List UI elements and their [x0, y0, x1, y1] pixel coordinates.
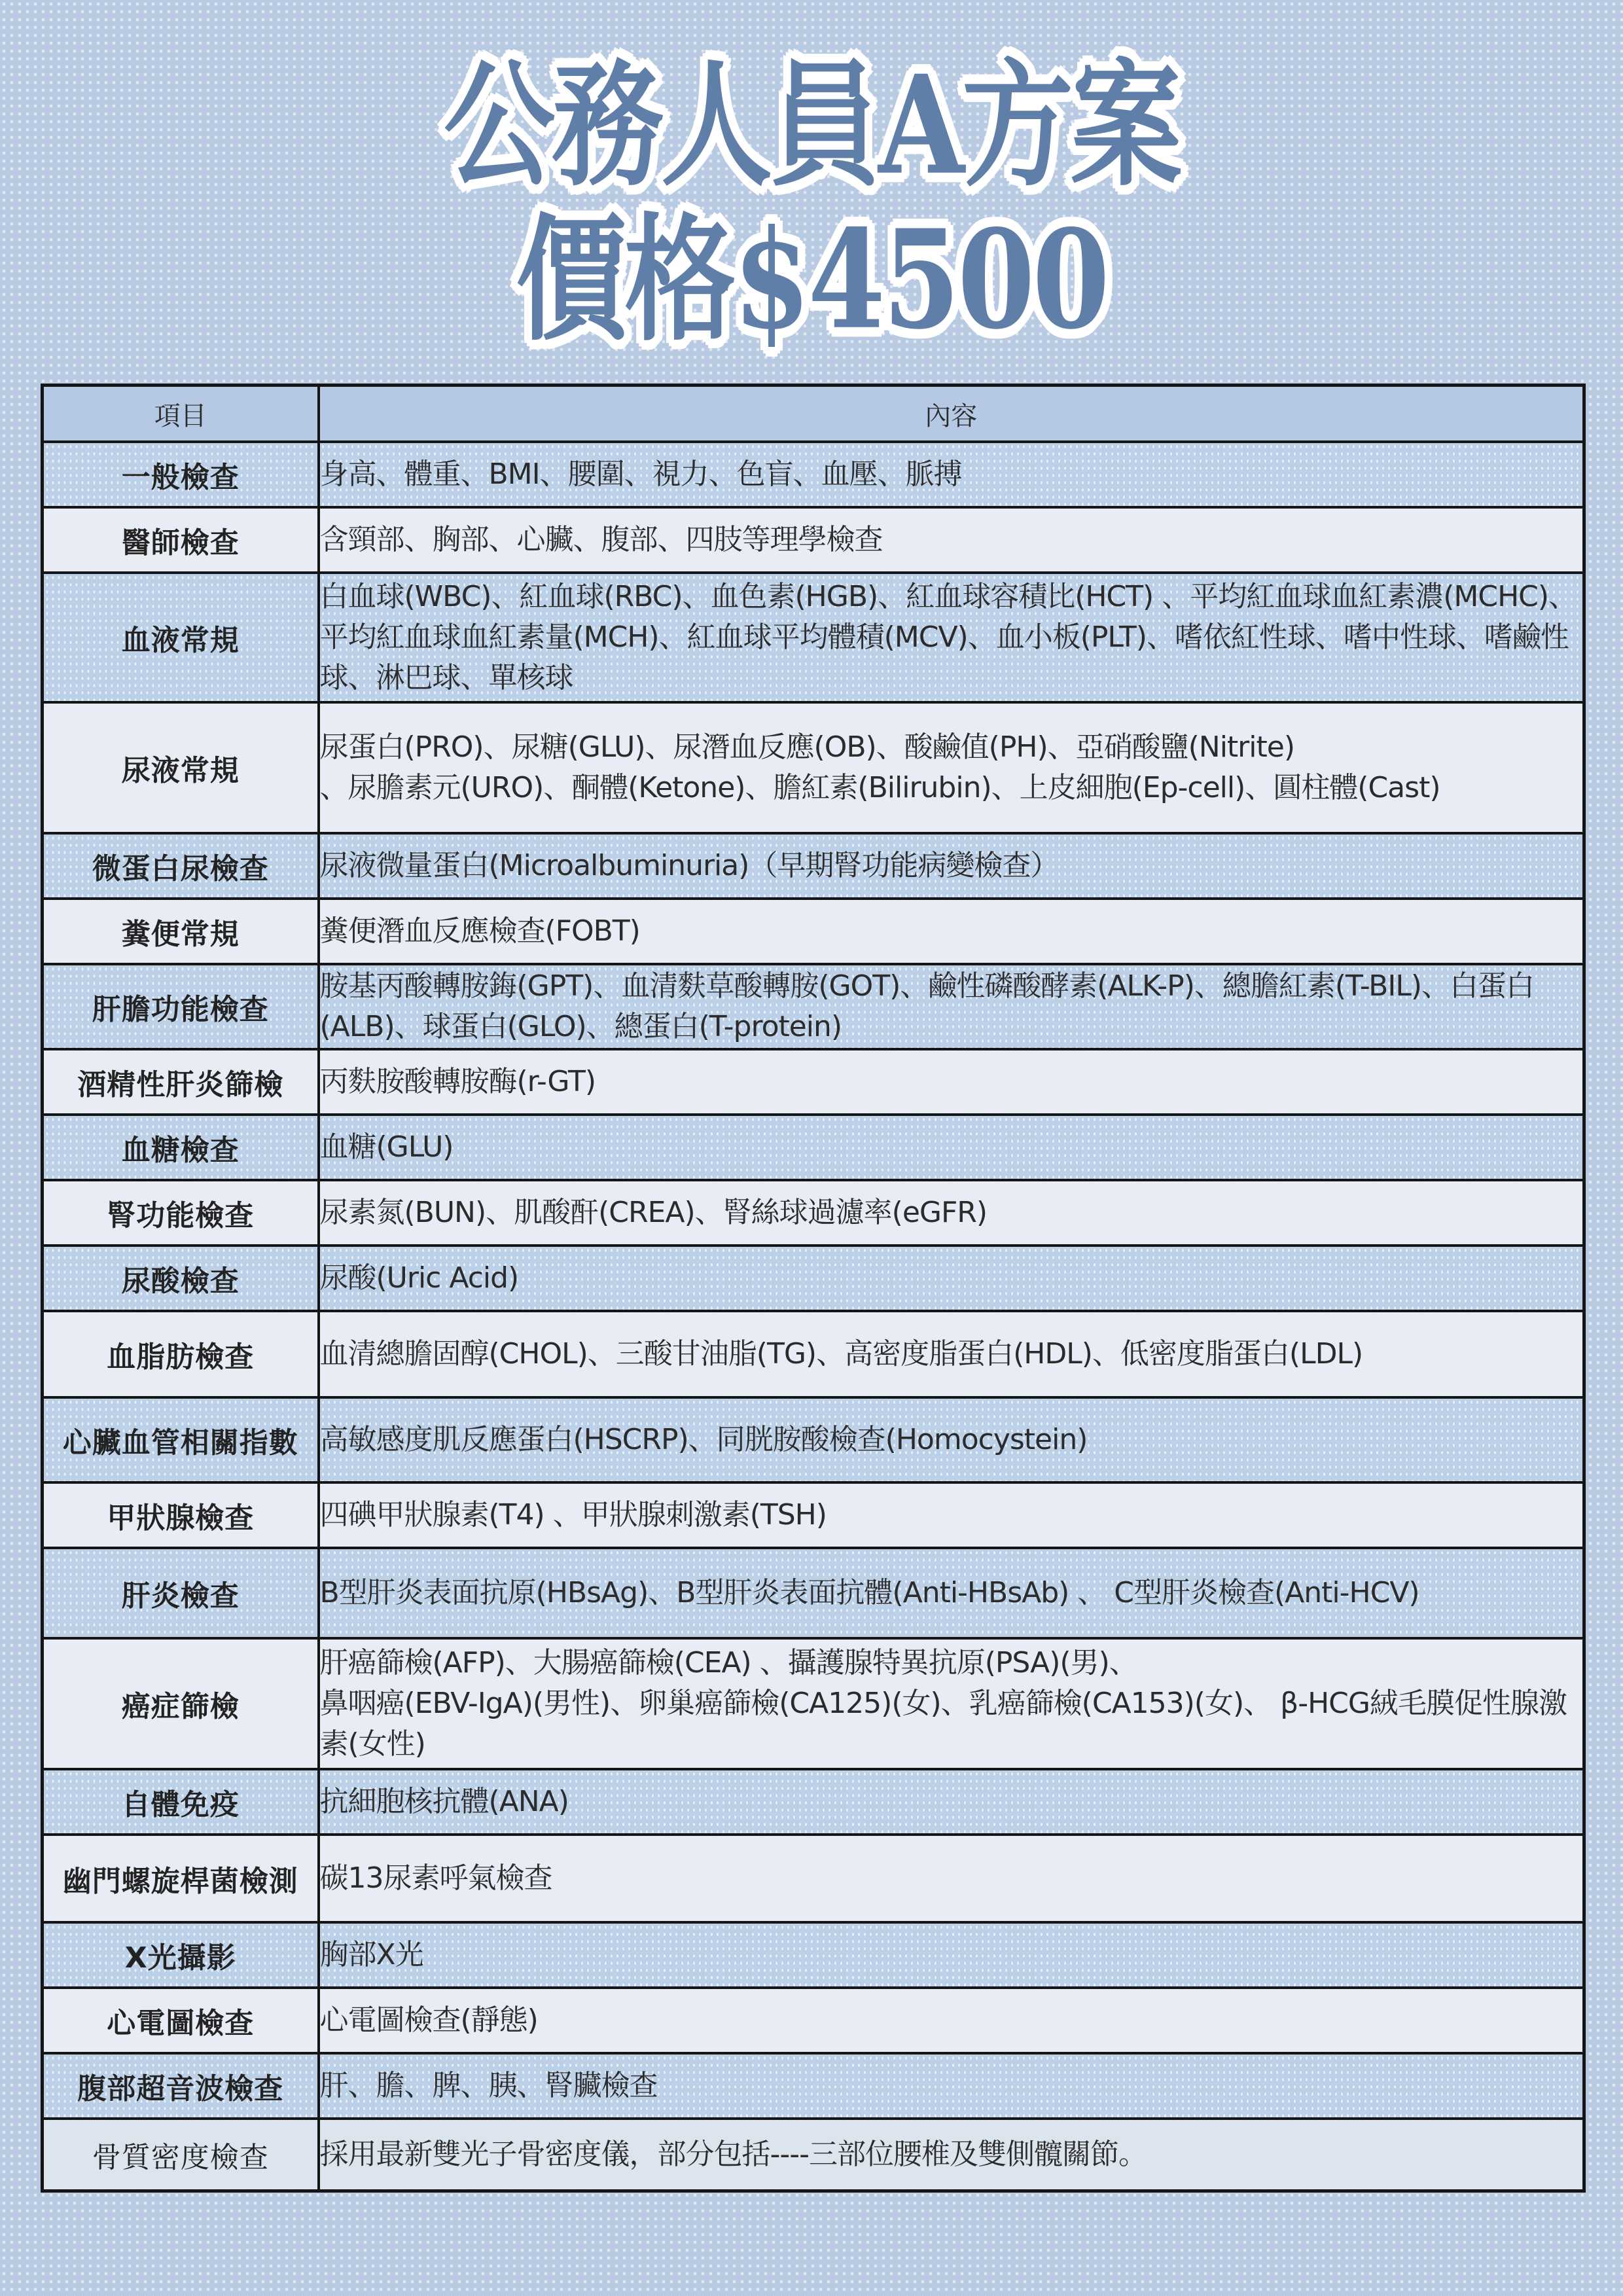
- table-row: 幽門螺旋桿菌檢測碳13尿素呼氣檢查: [43, 1835, 1584, 1922]
- table-row: 心電圖檢查心電圖檢查(靜態): [43, 1988, 1584, 2053]
- exam-item-name: 血脂肪檢查: [43, 1311, 319, 1397]
- exam-item-name: 骨質密度檢查: [43, 2119, 319, 2191]
- exam-item-name: X光攝影: [43, 1922, 319, 1988]
- exam-item-content: 血糖(GLU): [319, 1115, 1584, 1180]
- exam-item-name: 腹部超音波檢查: [43, 2053, 319, 2119]
- exam-item-content: 高敏感度肌反應蛋白(HSCRP)、同胱胺酸檢查(Homocystein): [319, 1397, 1584, 1482]
- table-row: 血糖檢查血糖(GLU): [43, 1115, 1584, 1180]
- exam-item-name: 肝膽功能檢查: [43, 964, 319, 1049]
- exam-item-content: 胺基丙酸轉胺鋂(GPT)、血清麩草酸轉胺(GOT)、鹼性磷酸酵素(ALK-P)、…: [319, 964, 1584, 1049]
- plan-price: 價格$4500: [0, 208, 1623, 352]
- table-body: 一般檢查身高、體重、BMI、腰圍、視力、色盲、血壓、脈搏醫師檢查含頸部、胸部、心…: [43, 442, 1584, 2191]
- table-row: 自體免疫抗細胞核抗體(ANA): [43, 1769, 1584, 1835]
- header-item: 項目: [43, 386, 319, 442]
- exam-item-name: 血糖檢查: [43, 1115, 319, 1180]
- exam-items-table: 項目 內容 一般檢查身高、體重、BMI、腰圍、視力、色盲、血壓、脈搏醫師檢查含頸…: [41, 384, 1586, 2193]
- exam-item-content: 碳13尿素呼氣檢查: [319, 1835, 1584, 1922]
- exam-item-name: 甲狀腺檢查: [43, 1482, 319, 1548]
- exam-item-content: 含頸部、胸部、心臟、腹部、四肢等理學檢查: [319, 507, 1584, 573]
- exam-item-content: 尿液微量蛋白(Microalbuminuria)（早期腎功能病變檢查）: [319, 833, 1584, 899]
- exam-item-content: 胸部X光: [319, 1922, 1584, 1988]
- exam-item-name: 尿酸檢查: [43, 1246, 319, 1311]
- table-row: 肝膽功能檢查胺基丙酸轉胺鋂(GPT)、血清麩草酸轉胺(GOT)、鹼性磷酸酵素(A…: [43, 964, 1584, 1049]
- exam-item-content: 丙麩胺酸轉胺酶(r-GT): [319, 1049, 1584, 1115]
- exam-item-name: 醫師檢查: [43, 507, 319, 573]
- table-row: 癌症篩檢肝癌篩檢(AFP)、大腸癌篩檢(CEA) 、攝護腺特異抗原(PSA)(男…: [43, 1638, 1584, 1769]
- exam-item-name: 心臟血管相關指數: [43, 1397, 319, 1482]
- table-row: 尿液常規尿蛋白(PRO)、尿糖(GLU)、尿潛血反應(OB)、酸鹼值(PH)、亞…: [43, 702, 1584, 833]
- exam-item-content: 四碘甲狀腺素(T4) 、甲狀腺刺激素(TSH): [319, 1482, 1584, 1548]
- exam-item-content: 採用最新雙光子骨密度儀，部分包括----三部位腰椎及雙側髖關節。: [319, 2119, 1584, 2191]
- exam-item-name: 幽門螺旋桿菌檢測: [43, 1835, 319, 1922]
- exam-item-name: 酒精性肝炎篩檢: [43, 1049, 319, 1115]
- exam-item-content: 白血球(WBC)、紅血球(RBC)、血色素(HGB)、紅血球容積比(HCT) 、…: [319, 573, 1584, 702]
- exam-item-name: 尿液常規: [43, 702, 319, 833]
- exam-item-name: 一般檢查: [43, 442, 319, 507]
- table-row: 骨質密度檢查採用最新雙光子骨密度儀，部分包括----三部位腰椎及雙側髖關節。: [43, 2119, 1584, 2191]
- table-row: 甲狀腺檢查四碘甲狀腺素(T4) 、甲狀腺刺激素(TSH): [43, 1482, 1584, 1548]
- exam-item-content: 抗細胞核抗體(ANA): [319, 1769, 1584, 1835]
- table-row: 血脂肪檢查血清總膽固醇(CHOL)、三酸甘油脂(TG)、高密度脂蛋白(HDL)、…: [43, 1311, 1584, 1397]
- exam-item-name: 肝炎檢查: [43, 1548, 319, 1638]
- table-row: 血液常規白血球(WBC)、紅血球(RBC)、血色素(HGB)、紅血球容積比(HC…: [43, 573, 1584, 702]
- exam-item-content: 肝、膽、脾、胰、腎臟檢查: [319, 2053, 1584, 2119]
- table-row: 肝炎檢查B型肝炎表面抗原(HBsAg)、B型肝炎表面抗體(Anti-HBsAb)…: [43, 1548, 1584, 1638]
- exam-item-name: 心電圖檢查: [43, 1988, 319, 2053]
- table-row: 尿酸檢查尿酸(Uric Acid): [43, 1246, 1584, 1311]
- exam-item-name: 糞便常規: [43, 899, 319, 964]
- table-row: 醫師檢查含頸部、胸部、心臟、腹部、四肢等理學檢查: [43, 507, 1584, 573]
- exam-item-name: 微蛋白尿檢查: [43, 833, 319, 899]
- exam-item-content: 糞便潛血反應檢查(FOBT): [319, 899, 1584, 964]
- table-row: 微蛋白尿檢查尿液微量蛋白(Microalbuminuria)（早期腎功能病變檢查…: [43, 833, 1584, 899]
- header-content: 內容: [319, 386, 1584, 442]
- exam-item-name: 癌症篩檢: [43, 1638, 319, 1769]
- table-row: X光攝影胸部X光: [43, 1922, 1584, 1988]
- table-row: 糞便常規糞便潛血反應檢查(FOBT): [43, 899, 1584, 964]
- table-header-row: 項目 內容: [43, 386, 1584, 442]
- exam-item-name: 腎功能檢查: [43, 1180, 319, 1246]
- table-row: 酒精性肝炎篩檢丙麩胺酸轉胺酶(r-GT): [43, 1049, 1584, 1115]
- exam-item-content: 身高、體重、BMI、腰圍、視力、色盲、血壓、脈搏: [319, 442, 1584, 507]
- table-row: 心臟血管相關指數高敏感度肌反應蛋白(HSCRP)、同胱胺酸檢查(Homocyst…: [43, 1397, 1584, 1482]
- exam-item-name: 自體免疫: [43, 1769, 319, 1835]
- exam-item-content: B型肝炎表面抗原(HBsAg)、B型肝炎表面抗體(Anti-HBsAb) 、 C…: [319, 1548, 1584, 1638]
- exam-item-content: 心電圖檢查(靜態): [319, 1988, 1584, 2053]
- exam-item-content: 血清總膽固醇(CHOL)、三酸甘油脂(TG)、高密度脂蛋白(HDL)、低密度脂蛋…: [319, 1311, 1584, 1397]
- table-row: 腹部超音波檢查肝、膽、脾、胰、腎臟檢查: [43, 2053, 1584, 2119]
- exam-item-name: 血液常規: [43, 573, 319, 702]
- exam-item-content: 肝癌篩檢(AFP)、大腸癌篩檢(CEA) 、攝護腺特異抗原(PSA)(男)、 鼻…: [319, 1638, 1584, 1769]
- plan-title: 公務人員A方案: [0, 54, 1623, 198]
- exam-item-content: 尿酸(Uric Acid): [319, 1246, 1584, 1311]
- exam-item-content: 尿蛋白(PRO)、尿糖(GLU)、尿潛血反應(OB)、酸鹼值(PH)、亞硝酸鹽(…: [319, 702, 1584, 833]
- table-row: 腎功能檢查尿素氮(BUN)、肌酸酐(CREA)、腎絲球過濾率(eGFR): [43, 1180, 1584, 1246]
- exam-item-content: 尿素氮(BUN)、肌酸酐(CREA)、腎絲球過濾率(eGFR): [319, 1180, 1584, 1246]
- table-row: 一般檢查身高、體重、BMI、腰圍、視力、色盲、血壓、脈搏: [43, 442, 1584, 507]
